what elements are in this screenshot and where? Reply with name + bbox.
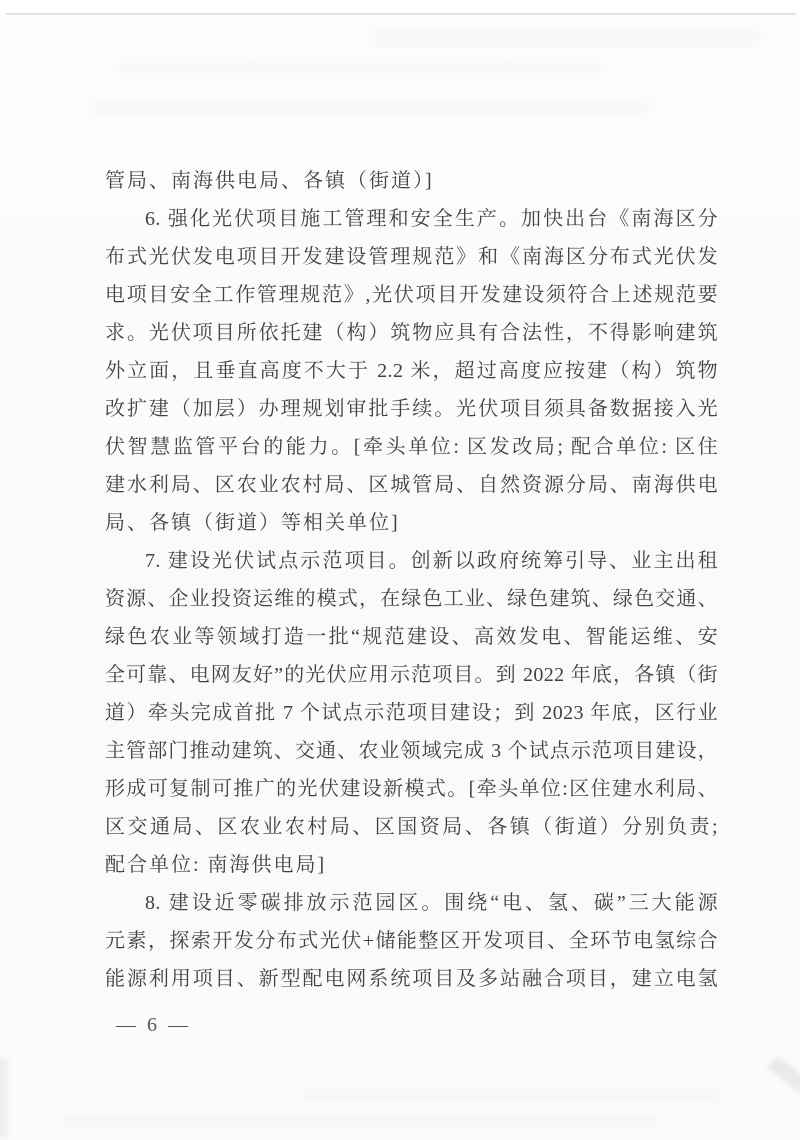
- scan-artifact: [120, 60, 600, 74]
- text-line: 局、各镇（街道）等相关单位]: [105, 504, 718, 542]
- document-body: 管局、南海供电局、各镇（街道）] 6. 强化光伏项目施工管理和安全生产。加快出台…: [105, 162, 718, 998]
- text-line: 建水利局、区农业农村局、区城管局、自然资源分局、南海供电: [105, 466, 718, 504]
- scan-top-strip: [0, 0, 800, 12]
- text-line: 电项目安全工作管理规范》,光伏项目开发建设须符合上述规范要: [105, 276, 718, 314]
- text-line: 能源利用项目、新型配电网系统项目及多站融合项目，建立电氢: [105, 960, 718, 998]
- text-line: 改扩建（加层）办理规划审批手续。光伏项目须具备数据接入光: [105, 390, 718, 428]
- text-line: 外立面，且垂直高度不大于 2.2 米，超过高度应按建（构）筑物: [105, 352, 718, 390]
- text-line: 资源、企业投资运维的模式，在绿色工业、绿色建筑、绿色交通、: [105, 580, 718, 618]
- text-line: 区交通局、区农业农村局、区国资局、各镇（街道）分别负责;: [105, 808, 718, 846]
- scan-artifact: [90, 100, 650, 114]
- page-number: — 6 —: [116, 1014, 191, 1037]
- text-line: 求。光伏项目所依托建（构）筑物应具有合法性，不得影响建筑: [105, 314, 718, 352]
- text-line: 绿色农业等领域打造一批“规范建设、高效发电、智能运维、安: [105, 618, 718, 656]
- scan-artifact: [370, 28, 760, 46]
- text-line: 道）牵头完成首批 7 个试点示范项目建设；到 2023 年底，区行业: [105, 694, 718, 732]
- scan-artifact: [0, 1058, 8, 1138]
- text-line: 管局、南海供电局、各镇（街道）]: [105, 162, 718, 200]
- text-line: 主管部门推动建筑、交通、农业领域完成 3 个试点示范项目建设，: [105, 732, 718, 770]
- text-line: 布式光伏发电项目开发建设管理规范》和《南海区分布式光伏发: [105, 238, 718, 276]
- text-line: 全可靠、电网友好”的光伏应用示范项目。到 2022 年底，各镇（街: [105, 656, 718, 694]
- text-line: 8. 建设近零碳排放示范园区。围绕“电、氢、碳”三大能源: [105, 884, 718, 922]
- scan-artifact: [60, 1115, 660, 1125]
- text-line: 配合单位: 南海供电局]: [105, 846, 718, 884]
- text-line: 伏智慧监管平台的能力。[牵头单位: 区发改局; 配合单位: 区住: [105, 428, 718, 466]
- scan-artifact: [767, 1055, 800, 1092]
- scan-artifact: [300, 1090, 720, 1102]
- text-line: 形成可复制可推广的光伏建设新模式。[牵头单位:区住建水利局、: [105, 770, 718, 808]
- text-line: 6. 强化光伏项目施工管理和安全生产。加快出台《南海区分: [105, 200, 718, 238]
- document-page: 管局、南海供电局、各镇（街道）] 6. 强化光伏项目施工管理和安全生产。加快出台…: [0, 0, 800, 1140]
- scan-edge-line: [6, 13, 796, 15]
- text-line: 元素，探索开发分布式光伏+储能整区开发项目、全环节电氢综合: [105, 922, 718, 960]
- text-line: 7. 建设光伏试点示范项目。创新以政府统筹引导、业主出租: [105, 542, 718, 580]
